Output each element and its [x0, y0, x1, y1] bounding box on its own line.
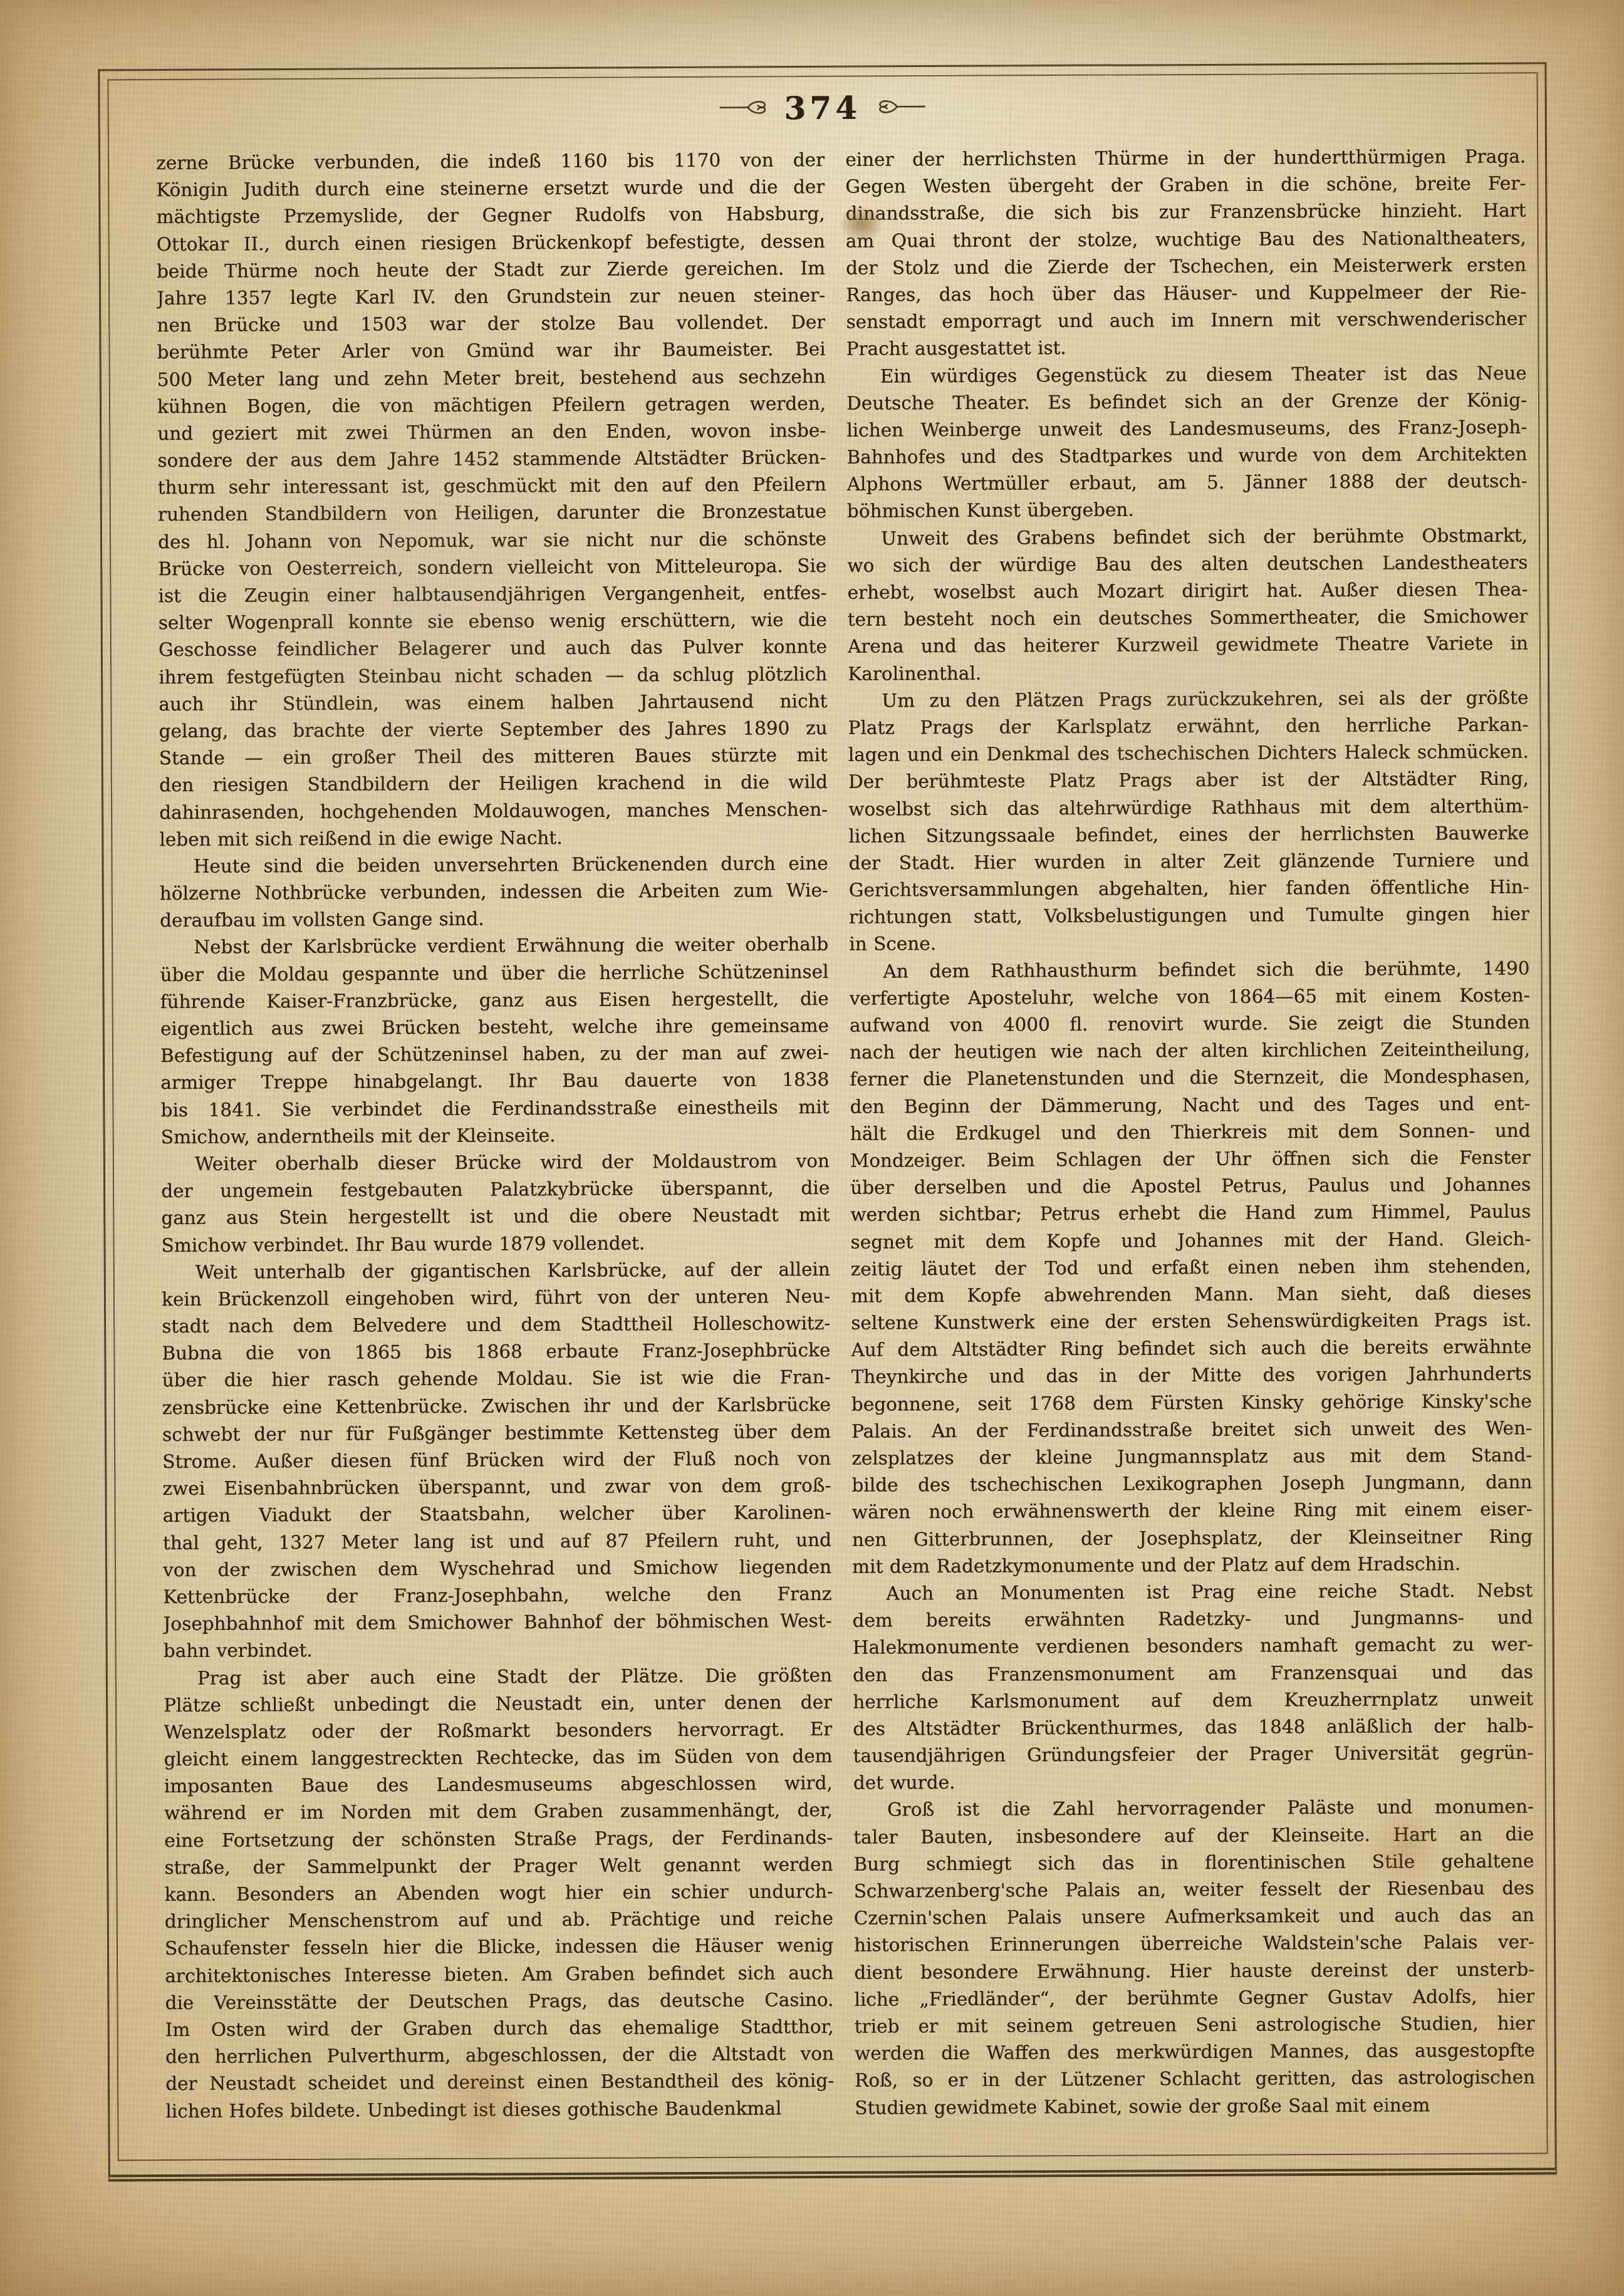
text-line: in Scene. — [849, 928, 1529, 958]
text-line: deraufbau im vollsten Gange sind. — [160, 904, 828, 934]
text-line: Auf dem Altstädter Ring befindet sich au… — [851, 1334, 1531, 1364]
text-line: die Vereinsstätte der Deutschen Prags, d… — [165, 1987, 833, 2017]
text-line: bahn verbindet. — [164, 1634, 832, 1665]
text-line: berühmte Peter Arler von Gmünd war ihr B… — [157, 336, 825, 366]
text-line: des Altstädter Brückenthurmes, das 1848 … — [853, 1712, 1533, 1742]
text-line: liche „Friedländer“, der berühmte Gegner… — [854, 1983, 1534, 2013]
text-line: Strome. Außer diesen fünf Brücken wird d… — [162, 1445, 831, 1475]
text-line: Czernin'schen Palais unsere Aufmerksamke… — [854, 1902, 1534, 1932]
text-line: beide Thürme noch heute der Stadt zur Zi… — [157, 255, 825, 285]
text-line: Brücke von Oesterreich, sondern vielleic… — [158, 553, 826, 583]
text-line: mit dem Kopfe abwehrenden Mann. Man sieh… — [851, 1279, 1531, 1309]
text-line: Halekmonumente verdienen besonders namha… — [853, 1631, 1533, 1661]
text-line: Kettenbrücke der Franz-Josephbahn, welch… — [163, 1581, 831, 1611]
text-line: den herrlichen Pulverthurm, abgeschlosse… — [165, 2040, 834, 2070]
text-line: Schwarzenberg'sche Palais an, weiter fes… — [853, 1874, 1534, 1904]
text-line: Burg schmiegt sich das in florentinische… — [853, 1847, 1534, 1878]
text-line: Arena und das heiterer Kurzweil gewidmet… — [848, 630, 1528, 660]
text-line: architektonisches Interesse bieten. Am G… — [165, 1959, 833, 1989]
text-line: den das Franzensmonument am Franzensquai… — [853, 1658, 1533, 1688]
fleuron-left-icon — [719, 87, 768, 124]
text-line: Bubna die von 1865 bis 1868 erbaute Fran… — [162, 1337, 830, 1367]
text-line: über die hier rasch gehende Moldau. Sie … — [162, 1364, 830, 1394]
text-line: aufwand von 4000 fl. renovirt wurde. Sie… — [850, 1009, 1530, 1039]
text-line: Geschosse feindlicher Belagerer und auch… — [159, 633, 827, 663]
text-line: bilde des tschechischen Lexikographen Jo… — [851, 1469, 1532, 1499]
text-line: Palais. An der Ferdinandsstraße breitet … — [851, 1415, 1532, 1445]
text-line: begonnene, seit 1768 dem Fürsten Kinsky … — [851, 1388, 1532, 1418]
text-line: zeitig läutet der Tod und erfaßt einen n… — [851, 1252, 1531, 1282]
text-line: hält die Erdkugel und den Thierkreis mit… — [850, 1117, 1531, 1147]
text-line: kann. Besonders an Abenden wogt hier ein… — [164, 1878, 833, 1908]
text-line: nach der heutigen wie nach der alten kir… — [850, 1036, 1530, 1066]
text-line: Schaufenster fesseln hier die Blicke, in… — [165, 1932, 833, 1962]
text-line: Roß, so er in der Lützener Schlacht geri… — [855, 2064, 1535, 2094]
text-line: zelsplatzes der kleine Jungmannsplatz au… — [851, 1441, 1532, 1472]
text-line: Ottokar II., durch einen riesigen Brücke… — [157, 227, 825, 257]
text-line: ganz aus Stein hergestellt ist und die o… — [161, 1202, 830, 1232]
column-left: zerne Brücke verbunden, die indeß 1160 b… — [156, 147, 834, 2125]
text-line: Auch an Monumenten ist Prag eine reiche … — [852, 1577, 1533, 1607]
text-line: zerne Brücke verbunden, die indeß 1160 b… — [156, 147, 825, 177]
page-header: 374 — [98, 83, 1547, 132]
text-line: gelang, das brachte der vierte September… — [159, 715, 827, 745]
text-line: böhmischen Kunst übergeben. — [847, 495, 1528, 525]
text-line: Weiter oberhalb dieser Brücke wird der M… — [161, 1148, 830, 1178]
text-line: und geziert mit zwei Thürmen an den Ende… — [157, 417, 826, 447]
text-line: tausendjährigen Gründungsfeier der Prage… — [853, 1739, 1533, 1769]
text-line: zensbrücke eine Kettenbrücke. Zwischen i… — [162, 1391, 831, 1421]
text-line: historischen Erinnerungen überreiche Wal… — [854, 1929, 1534, 1959]
text-line: Josephbahnhof mit dem Smichower Bahnhof … — [163, 1608, 831, 1638]
text-line: Prag ist aber auch eine Stadt der Plätze… — [164, 1661, 832, 1691]
text-line: ferner die Planetenstunden und die Stern… — [850, 1063, 1530, 1093]
text-line: tern besteht noch ein deutsches Sommerth… — [848, 603, 1528, 633]
text-line: dahinrasenden, hochgehenden Moldauwogen,… — [159, 796, 828, 826]
text-line: der ungemein festgebauten Palatzkybrücke… — [161, 1175, 830, 1205]
text-line: lichen Sitzungssaale befindet, eines der… — [848, 819, 1529, 849]
text-line: lichen Hofes bildete. Unbedingt ist dies… — [165, 2094, 834, 2124]
text-line: Gerichtsversammlungen abgehalten, hier f… — [849, 873, 1529, 903]
text-line: über derselben und die Apostel Petrus, P… — [850, 1171, 1531, 1202]
text-line: Ranges, das hoch über das Häuser- und Ku… — [846, 278, 1526, 308]
text-line: trieb er mit seinem getreuen Seni astrol… — [855, 2010, 1535, 2040]
text-line: straße, der Sammelpunkt der Prager Welt … — [164, 1851, 833, 1881]
text-line: während er im Norden mit dem Graben zusa… — [164, 1797, 833, 1827]
text-line: artigen Viadukt der Staatsbahn, welcher … — [163, 1499, 831, 1529]
text-line: nen Gitterbrunnen, der Josephsplatz, der… — [852, 1523, 1533, 1553]
text-line: dem bereits erwähnten Radetzky- und Jung… — [852, 1604, 1533, 1634]
text-line: segnet mit dem Kopfe und Johannes mit de… — [850, 1225, 1531, 1255]
text-line: werden die Waffen des merkwürdigen Manne… — [855, 2037, 1535, 2067]
text-line: Plätze schließt unbedingt die Neustadt e… — [164, 1689, 832, 1719]
text-columns: zerne Brücke verbunden, die indeß 1160 b… — [156, 143, 1535, 2124]
text-line: auch ihr Stündlein, was einem halben Jah… — [159, 688, 827, 718]
text-line: det wurde. — [853, 1767, 1534, 1797]
text-line: Befestigung auf der Schützeninsel haben,… — [160, 1039, 829, 1069]
text-line: Smichow verbindet. Ihr Bau wurde 1879 vo… — [161, 1229, 830, 1259]
scanned-book-page: { "page": { "number": "374", "ornament_l… — [0, 0, 1624, 2296]
text-line: Pracht ausgestattet ist. — [846, 333, 1526, 363]
text-line: führende Kaiser-Franzbrücke, ganz aus Ei… — [160, 985, 829, 1016]
text-line: Bahnhofes und des Stadtparkes und wurde … — [846, 440, 1527, 470]
text-line: Jahre 1357 legte Karl IV. den Grundstein… — [157, 282, 825, 312]
text-line: eigentlich aus zwei Brücken besteht, wel… — [160, 1012, 829, 1042]
text-line: thurm sehr interessant ist, geschmückt m… — [158, 471, 826, 501]
fleuron-right-icon — [877, 86, 926, 123]
text-line: armiger Treppe hinabgelangt. Ihr Bau dau… — [160, 1066, 829, 1096]
text-line: mit dem Radetzkymonumente und der Platz … — [852, 1550, 1533, 1580]
text-line: senstadt emporragt und auch im Innern mi… — [846, 306, 1526, 336]
text-line: taler Bauten, insbesondere auf der Klein… — [853, 1821, 1534, 1851]
text-line: Mondzeiger. Beim Schlagen der Uhr öffnen… — [850, 1144, 1531, 1174]
text-line: richtungen statt, Volksbelustigungen und… — [849, 901, 1529, 931]
text-line: ist die Zeugin einer halbtausendjährigen… — [158, 579, 826, 610]
text-line: einer der herrlichsten Thürme in der hun… — [845, 143, 1526, 173]
text-line: Platz Prags der Karlsplatz erwähnt, den … — [848, 711, 1528, 741]
text-line: ihrem festgefügten Steinbau nicht schade… — [159, 660, 827, 690]
text-line: Der berühmteste Platz Prags aber ist der… — [848, 766, 1529, 796]
text-line: leben mit sich reißend in die ewige Nach… — [159, 823, 828, 853]
text-line: den riesigen Standbildern der Heiligen k… — [159, 769, 828, 799]
text-line: sondere der aus dem Jahre 1452 stammende… — [157, 444, 826, 474]
text-line: seltene Kunstwerk eine der ersten Sehens… — [851, 1306, 1531, 1336]
text-line: selter Wogenprall konnte sie ebenso weni… — [159, 606, 827, 636]
text-line: An dem Rathhausthurm befindet sich die b… — [849, 955, 1529, 985]
text-line: Heute sind die beiden unversehrten Brück… — [159, 850, 828, 880]
text-line: Stande — ein großer Theil des mitteren B… — [159, 742, 828, 772]
text-line: woselbst sich das altehrwürdige Rathhaus… — [848, 792, 1529, 823]
text-line: dinandsstraße, die sich bis zur Franzens… — [845, 197, 1526, 227]
text-line: dient besondere Erwähnung. Hier hauste d… — [854, 1956, 1534, 1986]
text-line: über die Moldau gespannte und über die h… — [160, 958, 828, 988]
text-line: Wenzelsplatz oder der Roßmarkt besonders… — [164, 1716, 832, 1746]
text-line: Um zu den Plätzen Prags zurückzukehren, … — [848, 684, 1528, 714]
text-line: dringlicher Menschenstrom auf und ab. Pr… — [165, 1905, 833, 1935]
text-line: nen Brücke und 1503 war der stolze Bau v… — [157, 309, 825, 339]
page-number: 374 — [784, 89, 861, 127]
text-line: Weit unterhalb der gigantischen Karlsbrü… — [162, 1256, 830, 1286]
column-right: einer der herrlichsten Thürme in der hun… — [845, 143, 1535, 2121]
text-line: Ein würdiges Gegenstück zu diesem Theate… — [846, 360, 1527, 390]
text-line: Nebst der Karlsbrücke verdient Erwähnung… — [160, 931, 828, 961]
text-line: mächtigste Przemyslide, der Gegner Rudol… — [156, 200, 825, 231]
text-line: Im Osten wird der Graben durch das ehema… — [165, 2013, 834, 2044]
text-line: imposanten Baue des Landesmuseums abgesc… — [164, 1770, 833, 1800]
text-line: Königin Judith durch eine steinerne erse… — [156, 174, 825, 204]
text-line: von der zwischen dem Wyschehrad und Smic… — [163, 1554, 831, 1584]
text-line: lagen und ein Denkmal des tschechischen … — [848, 739, 1529, 769]
text-line: Smichow, anderntheils mit der Kleinseite… — [161, 1121, 830, 1151]
text-line: Alphons Wertmüller erbaut, am 5. Jänner … — [847, 468, 1528, 498]
text-line: Gegen Westen übergeht der Graben in die … — [845, 170, 1526, 200]
text-line: herrliche Karlsmonument auf dem Kreuzher… — [853, 1685, 1533, 1715]
text-line: zwei Eisenbahnbrücken überspannt, und zw… — [162, 1472, 831, 1502]
page-sheet: 374 zerne Brücke verbunden, die indeß 11… — [0, 0, 1624, 2296]
text-line: Theynkirche und das in der Mitte des vor… — [851, 1361, 1531, 1391]
text-line: der Stolz und die Zierde der Tschechen, … — [846, 251, 1526, 281]
text-line: Karolinenthal. — [848, 657, 1528, 687]
text-line: den Beginn der Dämmerung, Nacht und des … — [850, 1090, 1530, 1120]
text-line: eine Fortsetzung der schönsten Straße Pr… — [164, 1824, 833, 1854]
text-line: Groß ist die Zahl hervorragender Paläste… — [853, 1794, 1534, 1824]
text-line: hölzerne Nothbrücke verbunden, indessen … — [160, 877, 828, 907]
text-line: am Quai thront der stolze, wuchtige Bau … — [846, 224, 1526, 254]
text-line: Unweit des Grabens befindet sich der ber… — [847, 522, 1528, 552]
text-line: lichen Weinberge unweit des Landesmuseum… — [846, 413, 1527, 444]
text-line: kühnen Bogen, die von mächtigen Pfeilern… — [157, 390, 826, 420]
text-line: schwebt der nur für Fußgänger bestimmte … — [162, 1418, 831, 1448]
text-line: kein Brückenzoll eingehoben wird, führt … — [162, 1283, 830, 1313]
text-line: werden sichtbar; Petrus erhebt die Hand … — [850, 1198, 1531, 1229]
text-line: bis 1841. Sie verbindet die Ferdinandsst… — [160, 1093, 829, 1123]
text-line: Deutsche Theater. Es befindet sich an de… — [846, 387, 1527, 417]
text-line: verfertigte Aposteluhr, welche von 1864—… — [850, 982, 1530, 1012]
text-line: stadt nach dem Belvedere und dem Stadtth… — [162, 1310, 830, 1340]
text-line: Studien gewidmete Kabinet, sowie der gro… — [855, 2091, 1535, 2121]
text-line: wo sich der würdige Bau des alten deutsc… — [847, 549, 1528, 579]
text-line: ruhenden Standbildern von Heiligen, daru… — [158, 498, 826, 528]
text-line: der Neustadt scheidet und dereinst einen… — [165, 2067, 834, 2097]
text-line: erhebt, woselbst auch Mozart dirigirt ha… — [847, 576, 1528, 606]
text-line: wären noch erwähnenswerth der kleine Rin… — [852, 1496, 1533, 1526]
text-line: der Stadt. Hier wurden in alter Zeit glä… — [848, 846, 1529, 876]
text-line: thal geht, 1327 Meter lang ist und auf 8… — [163, 1526, 831, 1556]
text-line: des hl. Johann von Nepomuk, war sie nich… — [158, 526, 826, 556]
text-line: 500 Meter lang und zehn Meter breit, bes… — [157, 363, 826, 393]
text-line: gleicht einem langgestreckten Rechtecke,… — [164, 1743, 832, 1773]
